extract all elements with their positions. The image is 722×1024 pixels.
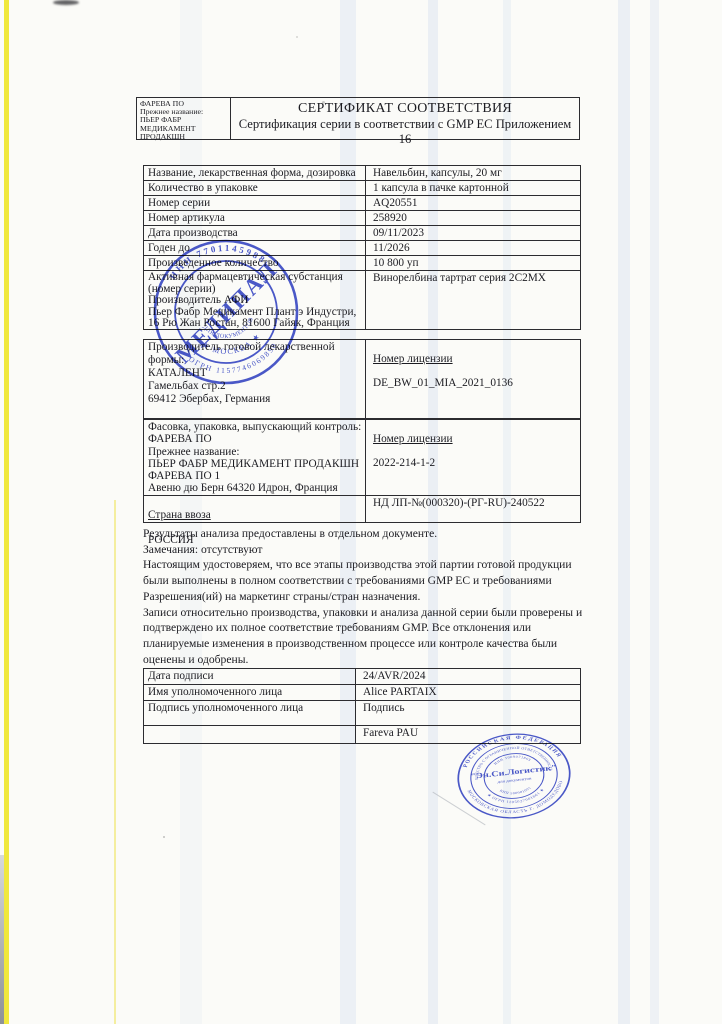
- scanned-certificate-page: ФАРЕВА ПО Прежнее название: ПЬЕР ФАБР МЕ…: [0, 0, 722, 1024]
- row-label: Имя уполномоченного лица: [144, 685, 356, 700]
- row-label: Активная фармацевтическая субстанция (но…: [144, 271, 366, 329]
- row-label: Фасовка, упаковка, выпускающий контроль:…: [144, 420, 366, 495]
- product-table: Название, лекарственная форма, дозировка…: [143, 165, 581, 330]
- yellow-edge-line: [114, 500, 116, 1024]
- nd-number: НД ЛП-№(000320)-(РГ-RU)-240522: [366, 496, 580, 522]
- row-value: 1 капсула в пачке картонной: [366, 181, 580, 195]
- row-label: Производитель готовой лекарственной форм…: [144, 340, 366, 418]
- signature-row: Fareva PAU: [144, 726, 580, 743]
- certificate-title: СЕРТИФИКАТ СООТВЕТСТВИЯ: [231, 101, 579, 117]
- row-label: Подпись уполномоченного лица: [144, 701, 356, 725]
- row-label: Страна ввоза РОССИЯ: [144, 496, 366, 522]
- manufacturer-box: Производитель готовой лекарственной форм…: [143, 339, 581, 419]
- license-number-value: DE_BW_01_MIA_2021_0136: [373, 377, 577, 389]
- paper-crease: [432, 792, 485, 826]
- stamp-region: МОСКОВСКАЯ ОБЛАСТЬ Г. ДОМОДЕДОВО: [466, 779, 566, 818]
- stamp-inner-ring-icon: [482, 751, 546, 802]
- license-number-label: Номер лицензии: [373, 433, 577, 445]
- row-value: 11/2026: [366, 241, 580, 255]
- statements: Результаты анализа предоставлены в отдел…: [143, 526, 598, 667]
- table-row: Годен до 11/2026: [144, 241, 580, 256]
- signature-row: Имя уполномоченного лица Alice PARTAIX: [144, 685, 580, 701]
- row-value: Номер лицензии 2022-214-1-2: [366, 420, 580, 495]
- scanner-edge: [0, 855, 4, 1024]
- header-table: ФАРЕВА ПО Прежнее название: ПЬЕР ФАБР МЕ…: [136, 97, 580, 140]
- row-value: Навельбин, капсулы, 20 мг: [366, 166, 580, 180]
- row-label: Дата производства: [144, 226, 366, 240]
- row-value: Подпись: [356, 701, 580, 725]
- row-label: Номер серии: [144, 196, 366, 210]
- company-name-block: ФАРЕВА ПО Прежнее название: ПЬЕР ФАБР МЕ…: [137, 98, 231, 139]
- signature-row: Подпись уполномоченного лица Подпись: [144, 701, 580, 726]
- svg-text:КПП 500901001: КПП 500901001: [498, 786, 532, 797]
- row-label: Произведенное количество: [144, 256, 366, 270]
- table-row: Дата производства 09/11/2023: [144, 226, 580, 241]
- row-label: Название, лекарственная форма, дозировка: [144, 166, 366, 180]
- statement-paragraph: Замечания: отсутствуют: [143, 542, 598, 558]
- row-value: Номер лицензии DE_BW_01_MIA_2021_0136: [366, 340, 580, 418]
- license-number-label: Номер лицензии: [373, 353, 577, 365]
- header-title-cell: СЕРТИФИКАТ СООТВЕТСТВИЯ Сертификация сер…: [231, 98, 579, 139]
- row-value: Fareva PAU: [356, 726, 580, 743]
- svg-text:ИНН 5009071865: ИНН 5009071865: [492, 753, 532, 766]
- svg-text:МОСКОВСКАЯ ОБЛАСТЬ Г. ДОМОДЕДО: МОСКОВСКАЯ ОБЛАСТЬ Г. ДОМОДЕДОВО: [466, 779, 566, 818]
- signature-table: Дата подписи 24/AVR/2024 Имя уполномочен…: [143, 668, 581, 744]
- stamp-ogrn: ★ ОГРН 1105027001861 ★: [486, 787, 547, 807]
- signature-row: Дата подписи 24/AVR/2024: [144, 669, 580, 685]
- svg-text:★ ОГРН 1105027001861 ★: ★ ОГРН 1105027001861 ★: [486, 787, 547, 807]
- country-row: Страна ввоза РОССИЯ НД ЛП-№(000320)-(РГ-…: [144, 496, 580, 522]
- row-label: Номер артикула: [144, 211, 366, 225]
- scan-band: [618, 0, 630, 1024]
- row-label: [144, 726, 356, 743]
- row-label: Годен до: [144, 241, 366, 255]
- stamp-inn: ИНН 5009071865: [492, 753, 532, 766]
- table-row: Произведенное количество 10 800 уп: [144, 256, 580, 271]
- yellow-edge-strip: [4, 0, 9, 1024]
- country-label: Страна ввоза: [148, 509, 362, 521]
- row-value: 10 800 уп: [366, 256, 580, 270]
- table-row: Производитель готовой лекарственной форм…: [144, 340, 580, 418]
- row-label: Дата подписи: [144, 669, 356, 684]
- certificate-subtitle: Сертификация серии в соответствии с GMP …: [231, 117, 579, 147]
- scan-speck: [163, 836, 165, 838]
- table-row: Номер серии AQ20551: [144, 196, 580, 211]
- row-value: Винорелбина тартрат серия 2С2МХ: [366, 271, 580, 329]
- statement-paragraph: Записи относительно производства, упаков…: [143, 605, 598, 668]
- scan-band: [650, 0, 659, 1024]
- stamp-doc-label: для документов: [497, 776, 531, 784]
- packaging-box: Фасовка, упаковка, выпускающий контроль:…: [143, 419, 581, 523]
- statement-paragraph: Настоящим удостоверяем, что все этапы пр…: [143, 557, 598, 604]
- scan-speck: [296, 36, 298, 38]
- table-row: Количество в упаковке 1 капсула в пачке …: [144, 181, 580, 196]
- table-row: Фасовка, упаковка, выпускающий контроль:…: [144, 420, 580, 496]
- license-number-value: 2022-214-1-2: [373, 457, 577, 469]
- api-substance-row: Активная фармацевтическая субстанция (но…: [144, 271, 580, 329]
- row-value: 24/AVR/2024: [356, 669, 580, 684]
- row-value: Alice PARTAIX: [356, 685, 580, 700]
- stamp-company-name: "Эн.Си.Логистик": [470, 763, 557, 780]
- scan-smudge: [53, 0, 79, 5]
- row-value: 258920: [366, 211, 580, 225]
- row-value: AQ20551: [366, 196, 580, 210]
- table-row: Номер артикула 258920: [144, 211, 580, 226]
- stamp-middle-ring-icon: [468, 739, 561, 812]
- row-value: 09/11/2023: [366, 226, 580, 240]
- stamp-kpp: КПП 500901001: [498, 786, 532, 797]
- table-row: Название, лекарственная форма, дозировка…: [144, 166, 580, 181]
- statement-paragraph: Результаты анализа предоставлены в отдел…: [143, 526, 598, 542]
- row-label: Количество в упаковке: [144, 181, 366, 195]
